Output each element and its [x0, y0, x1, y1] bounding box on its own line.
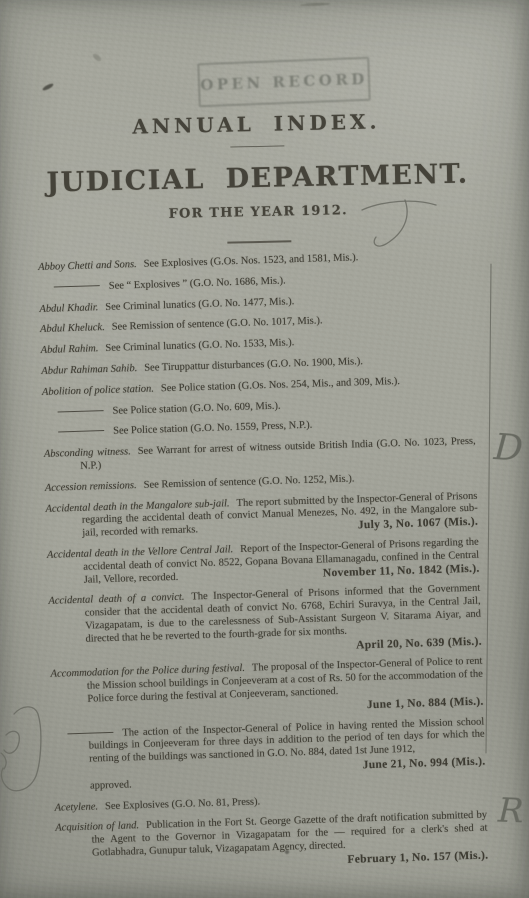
stamp-text: OPEN RECORD — [200, 70, 368, 94]
entry-repeat-dash — [67, 731, 113, 733]
margin-letter-d: D — [493, 427, 525, 470]
entry-text: See Police station (G.Os. Nos. 254, Mis.… — [161, 376, 400, 394]
index-entries: Abboy Chetti and Sons.See Explosives (G.… — [38, 249, 489, 875]
entry-headword: Abdul Rahim. — [41, 343, 99, 356]
entry-text: See “ Explosives ” (G.O. No. 1686, Mis.)… — [109, 275, 286, 291]
entry-text: See Criminal lunatics (G.O. No. 1477, Mi… — [105, 296, 294, 313]
index-entry: Accidental death in the Mangalore sub-ja… — [45, 490, 478, 542]
entry-text: See Tiruppattur disturbances (G.O. No. 1… — [144, 356, 363, 374]
entry-text: The report submitted by the Inspector-Ge… — [82, 490, 478, 539]
entry-go-reference: November 11, No. 1842 (Mis.). — [323, 562, 480, 580]
entry-headword: Absconding witness. — [44, 446, 131, 460]
entry-headword: Acetylene. — [55, 801, 99, 813]
entry-headword: Abolition of police station. — [42, 383, 154, 397]
entry-repeat-dash — [58, 430, 104, 432]
entry-headword: Abdul Khadir. — [39, 302, 98, 315]
entry-headword: Abdur Rahiman Sahib. — [41, 363, 137, 377]
year-subtitle: FOR THE YEAR 1912. — [1, 200, 516, 226]
entry-text: See Warrant for arrest of witness outsid… — [80, 436, 476, 472]
entry-headword: Abdul Kheluck. — [40, 322, 105, 335]
archival-stamp: OPEN RECORD — [197, 57, 371, 108]
entry-text: See Explosives (G.O. No. 81, Press). — [105, 796, 260, 812]
entry-text: See Police station (G.O. No. 1559, Press… — [113, 420, 312, 437]
entry-text: See Remission of sentence (G.O. No. 1017… — [112, 316, 323, 333]
entry-text: See Police station (G.O. No. 609, Mis.). — [112, 400, 280, 416]
index-entry: Absconding witness.See Warrant for arres… — [44, 436, 477, 475]
title-rule — [230, 145, 284, 147]
department-title: JUDICIAL DEPARTMENT. — [0, 158, 515, 200]
entry-repeat-dash — [54, 285, 100, 287]
index-entry: Accidental death of a convict.The Inspec… — [48, 583, 482, 661]
entry-headword: Accession remissions. — [45, 480, 137, 494]
entry-text: See Remission of sentence (G.O. No. 1252… — [143, 473, 354, 490]
entry-text: See Criminal lunatics (G.O. No. 1533, Mi… — [105, 337, 294, 354]
ink-speck — [285, 850, 289, 854]
entry-headword: Acquisition of land. — [55, 820, 139, 834]
entry-repeat-dash — [58, 410, 104, 412]
entry-go-reference: July 3, No. 1067 (Mis.). — [358, 516, 479, 532]
index-entry: Accidental death in the Vellore Central … — [47, 537, 480, 589]
margin-letter-r: R — [497, 791, 524, 832]
index-entry: The action of the Inspector-General of P… — [52, 716, 486, 794]
entry-text: Report of the Inspector-General of Priso… — [83, 537, 479, 586]
index-entry: Accommodation for the Police during fest… — [50, 656, 483, 721]
title-block: ANNUAL INDEX. JUDICIAL DEPARTMENT. FOR T… — [0, 107, 516, 249]
entry-headword: Abboy Chetti and Sons. — [38, 259, 137, 273]
